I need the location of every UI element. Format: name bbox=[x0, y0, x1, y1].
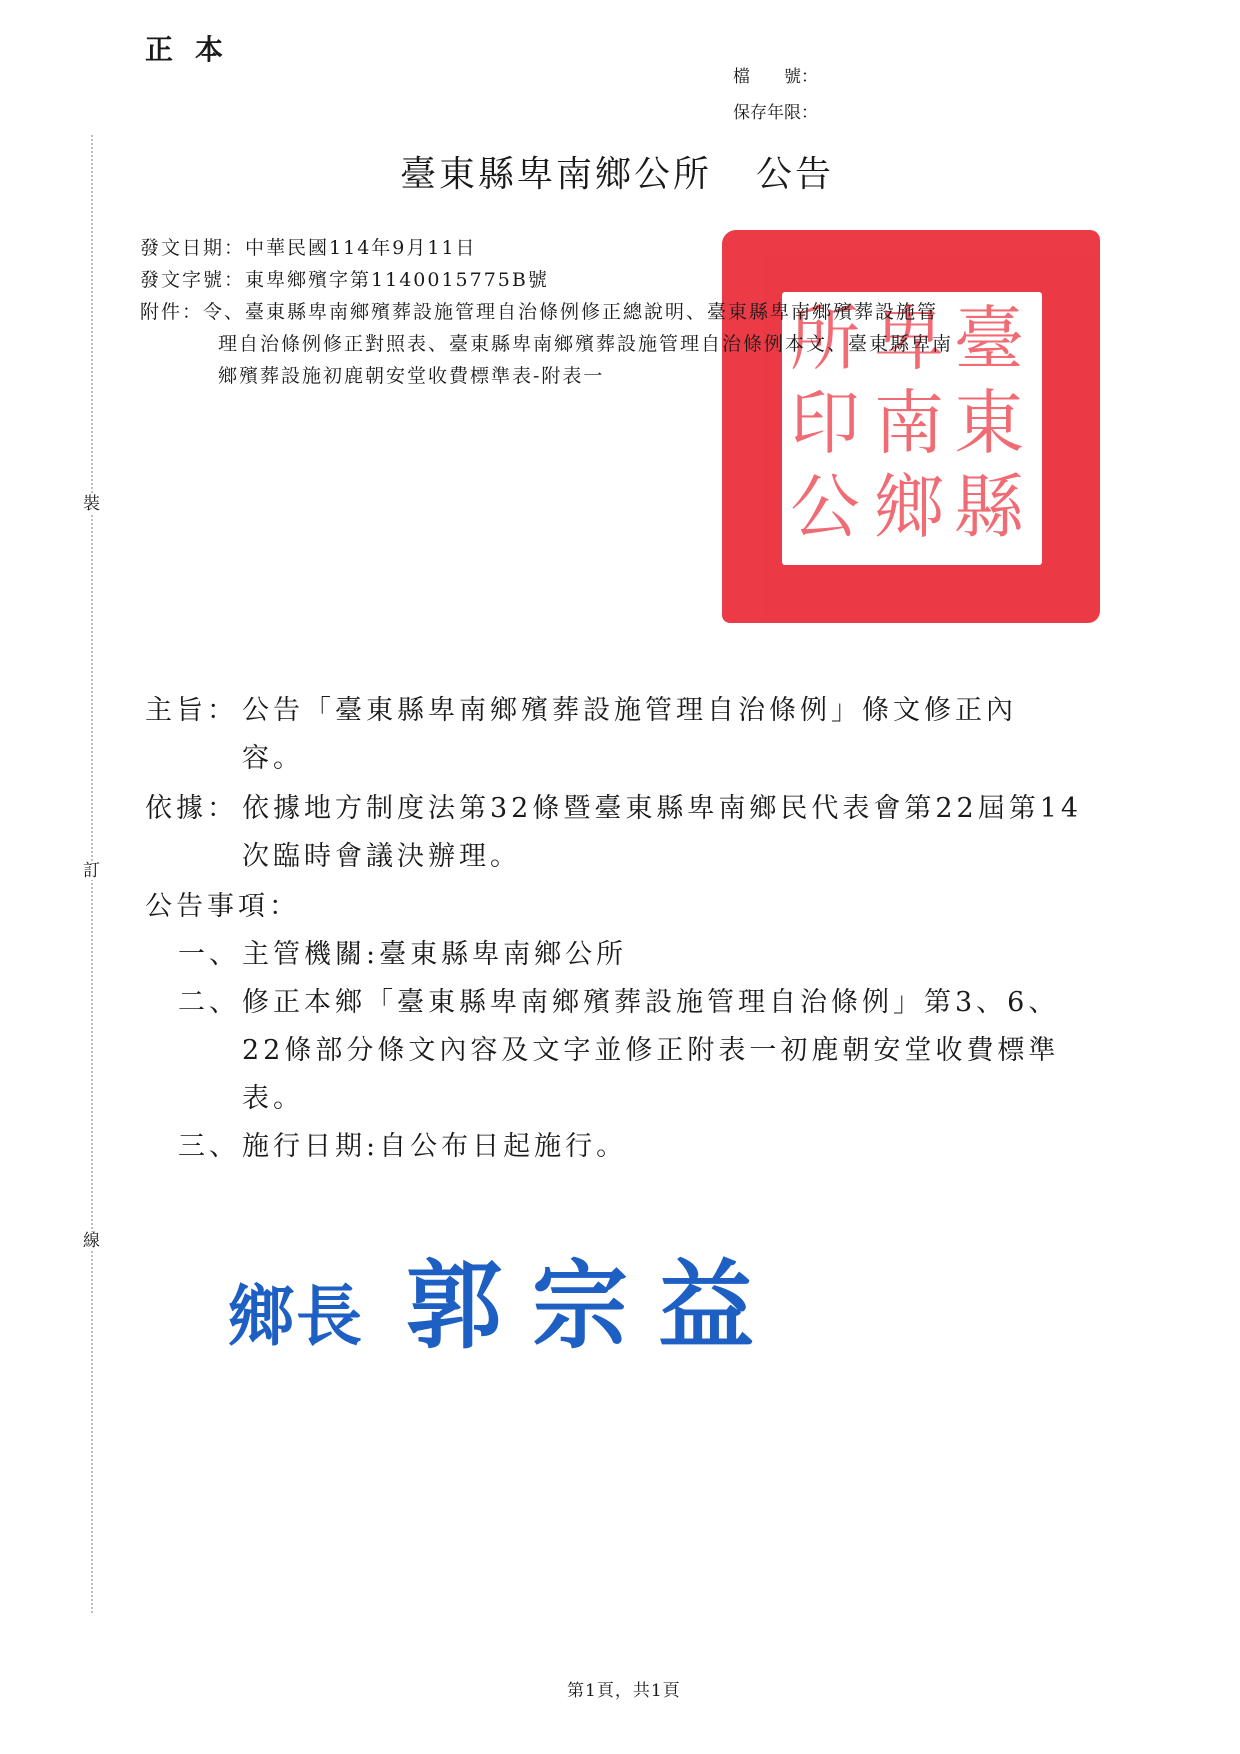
item-number: 二、 bbox=[178, 980, 240, 1019]
page-number: 第1頁，共1頁 bbox=[567, 1676, 681, 1701]
subject-line: 容。 bbox=[242, 736, 304, 775]
retention-label: 保存年限： bbox=[733, 98, 818, 123]
reference-number-value: 東卑鄉殯字第1140015775B號 bbox=[245, 269, 549, 291]
seal-glyph: 鄉 bbox=[874, 468, 944, 546]
item-line: 表。 bbox=[242, 1076, 304, 1115]
reference-number-label: 發文字號： bbox=[140, 265, 245, 292]
signature-name: 郭宗益 bbox=[406, 1249, 784, 1362]
item-line: 主管機關:臺東縣卑南鄉公所 bbox=[242, 932, 627, 971]
seal-glyph: 縣 bbox=[954, 468, 1024, 546]
retention-field: 保存年限： bbox=[733, 98, 818, 123]
item-line: 施行日期:自公布日起施行。 bbox=[242, 1124, 627, 1163]
document-title: 臺東縣卑南鄉公所公告 bbox=[400, 146, 834, 197]
seal-glyph: 公 bbox=[790, 468, 860, 546]
attachment-label: 附件： bbox=[140, 297, 203, 324]
attachment-line: 理自治條例修正對照表、臺東縣卑南鄉殯葬設施管理自治條例本文、臺東縣卑南 bbox=[218, 329, 953, 356]
subject-label: 主旨： bbox=[145, 688, 238, 727]
official-seal: 臺 卑 所 東 南 印 縣 鄉 公 bbox=[722, 230, 1100, 623]
issue-date-row: 發文日期：中華民國114年9月11日 bbox=[140, 233, 477, 260]
file-number-label: 檔 號： bbox=[733, 62, 818, 87]
file-number-field: 檔 號： bbox=[733, 62, 818, 87]
attachment-line: 鄉殯葬設施初鹿朝安堂收費標準表-附表一 bbox=[218, 361, 604, 388]
seal-glyph: 東 bbox=[954, 384, 1024, 462]
signature-title: 鄉長 bbox=[228, 1277, 364, 1355]
agency-name: 臺東縣卑南鄉公所 bbox=[400, 154, 712, 195]
binding-mark-xian: 線 bbox=[83, 1232, 100, 1250]
seal-glyph: 臺 bbox=[954, 300, 1024, 378]
basis-line: 次臨時會議決辦理。 bbox=[242, 834, 521, 873]
copy-type-label: 正本 bbox=[145, 28, 245, 68]
binding-mark-zhuang: 裝 bbox=[83, 495, 100, 513]
subject-line: 公告「臺東縣卑南鄉殯葬設施管理自治條例」條文修正內 bbox=[242, 688, 1017, 727]
announcements-label: 公告事項： bbox=[145, 884, 300, 923]
item-line: 修正本鄉「臺東縣卑南鄉殯葬設施管理自治條例」第3、6、 bbox=[242, 980, 1059, 1019]
item-line: 22條部分條文內容及文字並修正附表一初鹿朝安堂收費標準 bbox=[242, 1028, 1059, 1067]
reference-number-row: 發文字號：東卑鄉殯字第1140015775B號 bbox=[140, 265, 549, 292]
attachment-line: 令、臺東縣卑南鄉殯葬設施管理自治條例修正總說明、臺東縣卑南鄉殯葬設施管 bbox=[203, 301, 938, 323]
document-type: 公告 bbox=[756, 154, 834, 195]
signature-stamp: 鄉長郭宗益 bbox=[228, 1230, 784, 1367]
basis-line: 依據地方制度法第32條暨臺東縣卑南鄉民代表會第22屆第14 bbox=[242, 786, 1082, 825]
item-number: 一、 bbox=[178, 932, 240, 971]
issue-date-value: 中華民國114年9月11日 bbox=[245, 237, 477, 259]
binding-mark-ding: 訂 bbox=[83, 862, 100, 880]
seal-glyph: 南 bbox=[874, 384, 944, 462]
seal-glyph: 印 bbox=[790, 384, 860, 462]
attachment-row: 附件：令、臺東縣卑南鄉殯葬設施管理自治條例修正總說明、臺東縣卑南鄉殯葬設施管 bbox=[140, 297, 938, 324]
basis-label: 依據： bbox=[145, 786, 238, 825]
item-number: 三、 bbox=[178, 1124, 240, 1163]
issue-date-label: 發文日期： bbox=[140, 233, 245, 260]
